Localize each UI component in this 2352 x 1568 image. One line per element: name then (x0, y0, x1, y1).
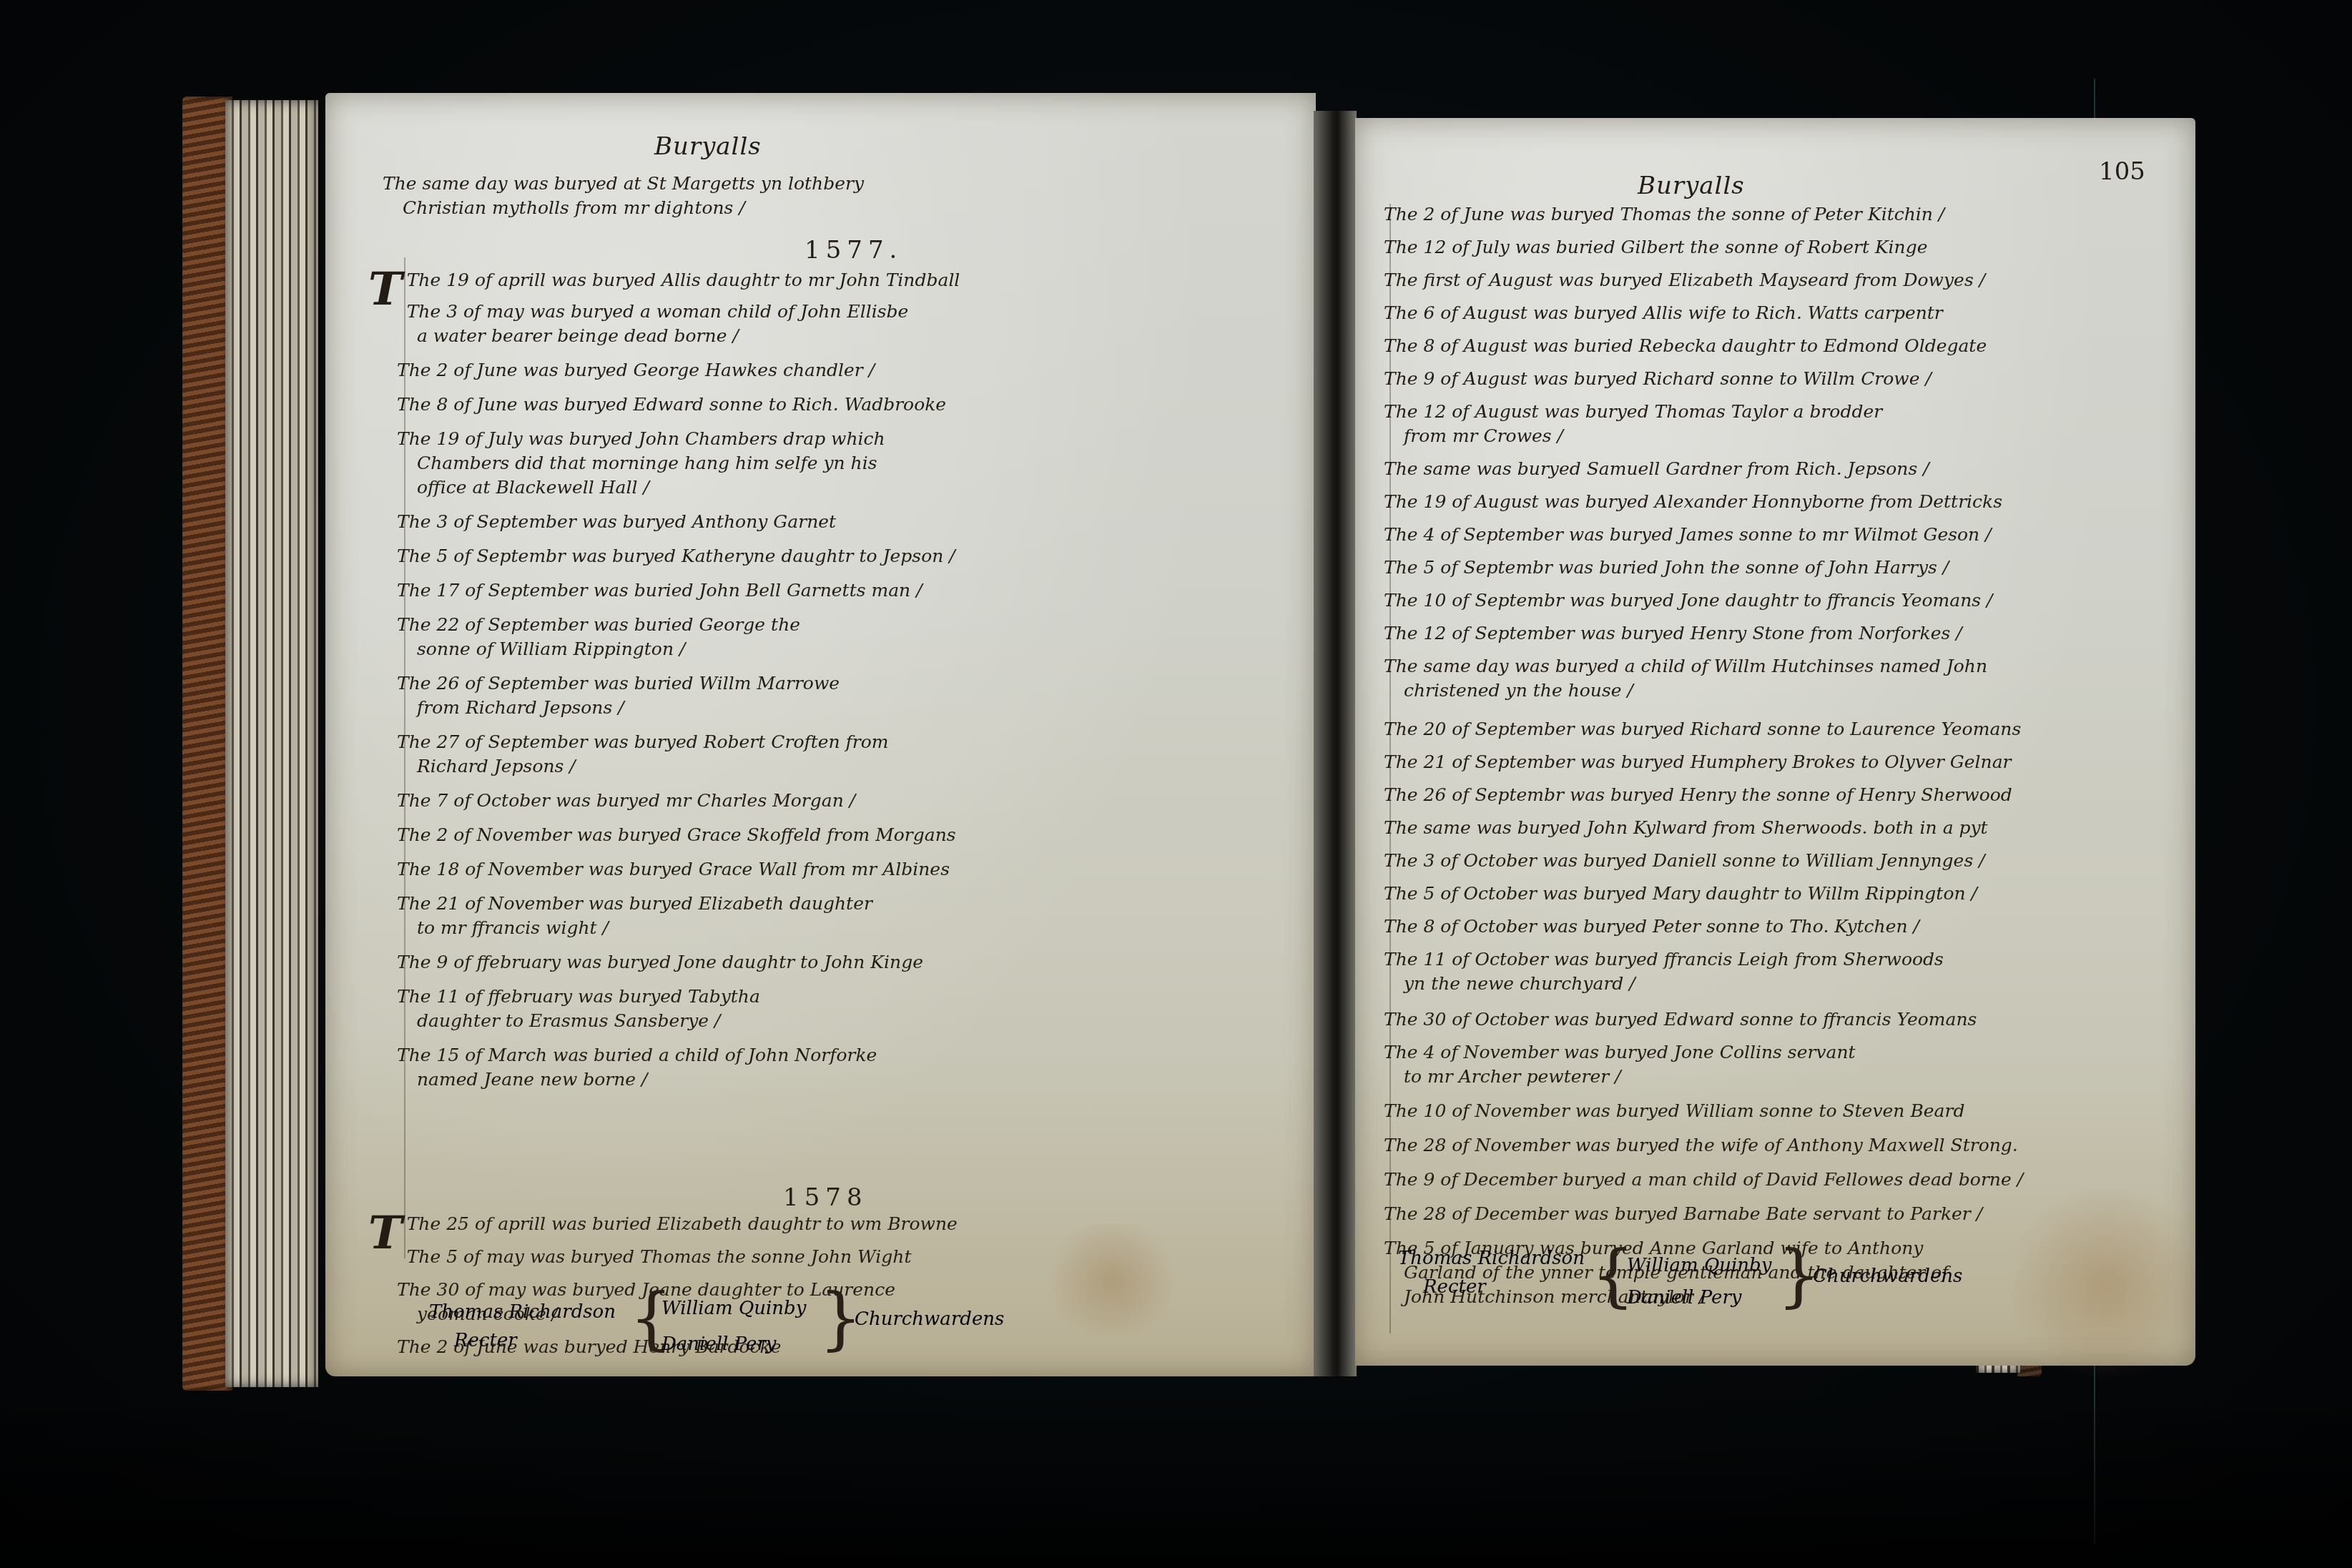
warden-signature-2: Daniell Pery (661, 1333, 777, 1355)
clerk-title: Recter (454, 1330, 517, 1351)
clerk-signature: Thomas Richardson (1398, 1248, 1585, 1269)
warden-signature-2: Daniell Pery (1627, 1287, 1742, 1308)
left-page-signatures: Thomas Richardson Recter { William Quinb… (325, 89, 1316, 1376)
warden-signature-1: William Quinby (661, 1298, 806, 1319)
bottom-shadow (0, 1389, 2352, 1568)
clerk-title: Recter (1423, 1276, 1486, 1298)
open-register-book: Buryalls The same day was buryed at St M… (182, 89, 2042, 1398)
warden-signature-1: William Quinby (1627, 1255, 1771, 1276)
churchwardens-label: Churchwardens (855, 1308, 1004, 1330)
page-edges-left (225, 100, 318, 1387)
right-page-signatures: Thomas Richardson Recter { William Quinb… (1355, 118, 2195, 1366)
clerk-signature: Thomas Richardson (429, 1301, 616, 1323)
churchwardens-label: Churchwardens (1813, 1266, 1962, 1287)
book-gutter (1314, 111, 1357, 1376)
